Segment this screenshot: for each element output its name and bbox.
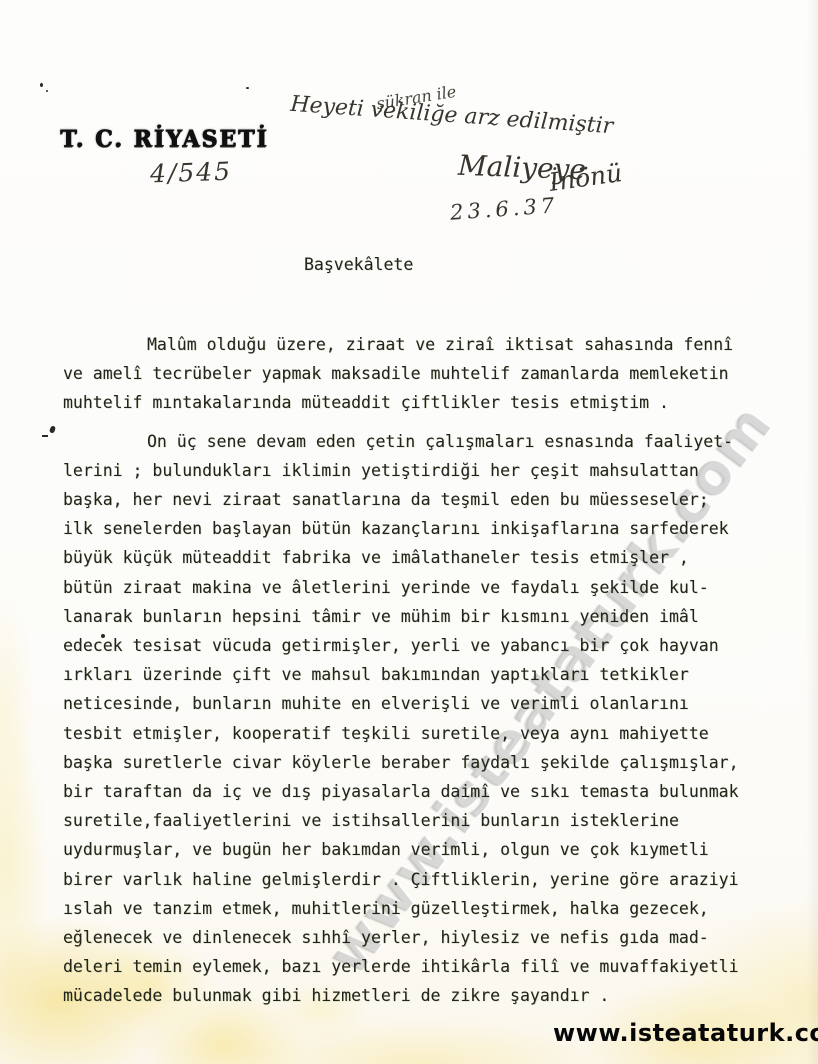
body-line: suretile,faaliyetlerini ve istihsallerin… <box>63 806 765 835</box>
letter-body: Malûm olduğu üzere, ziraat ve ziraî ikti… <box>63 330 765 1011</box>
body-line: deleri temin eylemek, bazı yerlerde ihti… <box>63 952 765 981</box>
body-line: birer varlık haline gelmişlerdir . Çiftl… <box>63 865 765 894</box>
scan-edge-shadow <box>806 0 818 1064</box>
body-line: bütün ziraat makina ve âletlerini yerind… <box>63 573 765 602</box>
ink-speck <box>42 435 48 437</box>
body-line: ırkları üzerinde çift ve mahsul bakımınd… <box>63 660 765 689</box>
reference-number: 4/545 <box>150 157 233 189</box>
body-line: uydurmuşlar, ve bugün her bakımdan verim… <box>63 835 765 864</box>
body-line: ve amelî tecrübeler yapmak maksadile muh… <box>63 359 765 388</box>
handwritten-date: 23.6.37 <box>449 193 559 224</box>
body-line: muhtelif mıntakalarında müteaddit çiftli… <box>63 388 765 417</box>
ink-speck <box>49 425 56 433</box>
body-line: Malûm olduğu üzere, ziraat ve ziraî ikti… <box>63 330 765 359</box>
ink-speck <box>46 90 48 92</box>
body-line: On üç sene devam eden çetin çalışmaları … <box>63 427 765 456</box>
ink-speck <box>101 634 105 638</box>
ink-speck <box>40 83 43 87</box>
body-line: edecek tesisat vücuda getirmişler, yerli… <box>63 631 765 660</box>
scanned-letter-page: www.isteataturk.com T. C. RİYASETİ 4/545… <box>0 0 818 1064</box>
body-line: başka, her nevi ziraat sanatlarına da te… <box>63 485 765 514</box>
body-line: mücadelede bulunmak gibi hizmetleri de z… <box>63 981 765 1010</box>
body-line: neticesinde, bunların muhite en elverişl… <box>63 689 765 718</box>
body-line: ıslah ve tanzim etmek, muhitlerini güzel… <box>63 894 765 923</box>
footer-watermark: www.isteataturk.com <box>553 1019 818 1047</box>
body-line: eğlenecek ve dinlenecek sıhhî yerler, hi… <box>63 923 765 952</box>
paragraph-1: Malûm olduğu üzere, ziraat ve ziraî ikti… <box>63 330 765 418</box>
body-line: tesbit etmişler, kooperatif teşkili sure… <box>63 719 765 748</box>
body-line: lerini ; bulundukları iklimin yetiştirdi… <box>63 456 765 485</box>
body-line: lanarak bunların hepsini tâmir ve mühim … <box>63 602 765 631</box>
body-line: bir taraftan da iç ve dış piyasalarla da… <box>63 777 765 806</box>
paragraph-2: On üç sene devam eden çetin çalışmaları … <box>63 427 765 1011</box>
body-line: büyük küçük müteaddit fabrika ve imâlath… <box>63 543 765 572</box>
letterhead-stamp: T. C. RİYASETİ <box>60 125 269 152</box>
body-line: başka suretlerle civar köylerle beraber … <box>63 748 765 777</box>
body-line: ilk senelerden başlayan bütün kazançları… <box>63 514 765 543</box>
ink-speck <box>246 87 249 89</box>
salutation: Başvekâlete <box>304 255 413 274</box>
